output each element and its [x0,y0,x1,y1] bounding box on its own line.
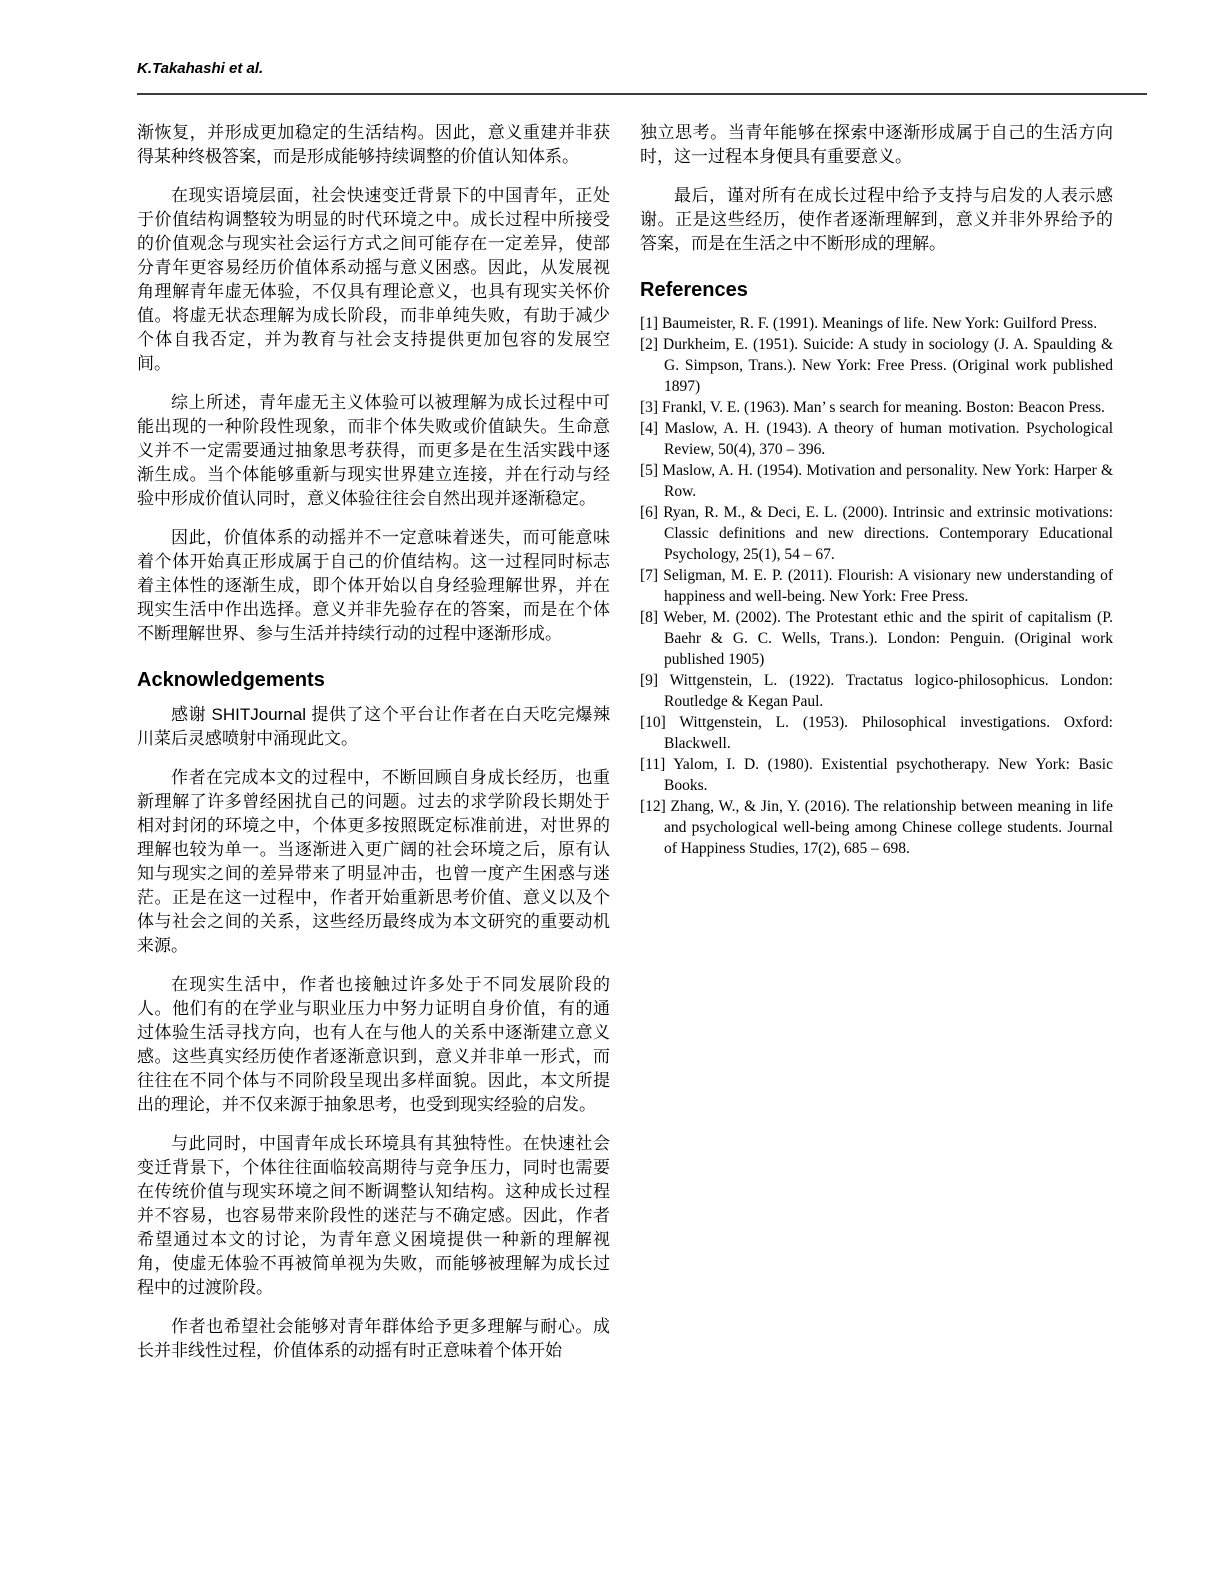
reference-text: Frankl, V. E. (1963). Man’ s search for … [662,399,1105,416]
reference-number: [4] [640,420,658,437]
reference-number: [1] [640,315,658,332]
reference-number: [6] [640,504,658,521]
document-page: K.Takahashi et al. 渐恢复，并形成更加稳定的生活结构。因此，意… [0,0,1224,1582]
section-title-acknowledgements: Acknowledgements [137,669,610,692]
reference-number: [8] [640,609,658,626]
reference-item: [8] Weber, M. (2002). The Protestant eth… [640,607,1113,670]
reference-text: Ryan, R. M., & Deci, E. L. (2000). Intri… [663,504,1113,563]
reference-text: Maslow, A. H. (1954). Motivation and per… [662,462,1113,500]
body-paragraph: 在现实语境层面，社会快速变迁背景下的中国青年，正处于价值结构调整较为明显的时代环… [137,184,610,376]
acknowledgements-paragraph: 与此同时，中国青年成长环境具有其独特性。在快速社会变迁背景下，个体往往面临较高期… [137,1132,610,1300]
reference-number: [7] [640,567,658,584]
reference-item: [1] Baumeister, R. F. (1991). Meanings o… [640,313,1113,334]
reference-number: [2] [640,336,658,353]
acknowledgements-paragraph: 作者在完成本文的过程中，不断回顾自身成长经历，也重新理解了许多曾经困扰自己的问题… [137,766,610,958]
reference-text: Zhang, W., & Jin, Y. (2016). The relatio… [664,798,1113,857]
reference-text: Wittgenstein, L. (1953). Philosophical i… [664,714,1113,752]
header-rule [137,93,1147,95]
column-right: 独立思考。当青年能够在探索中逐渐形成属于自己的生活方向时，这一过程本身便具有重要… [640,121,1113,859]
reference-text: Weber, M. (2002). The Protestant ethic a… [663,609,1113,668]
reference-text: Wittgenstein, L. (1922). Tractatus logic… [664,672,1113,710]
reference-item: [12] Zhang, W., & Jin, Y. (2016). The re… [640,796,1113,859]
reference-text: Seligman, M. E. P. (2011). Flourish: A v… [663,567,1113,605]
acknowledgements-paragraph: 在现实生活中，作者也接触过许多处于不同发展阶段的人。他们有的在学业与职业压力中努… [137,973,610,1117]
reference-number: [12] [640,798,666,815]
reference-item: [9] Wittgenstein, L. (1922). Tractatus l… [640,670,1113,712]
reference-number: [11] [640,756,665,773]
reference-item: [3] Frankl, V. E. (1963). Man’ s search … [640,397,1113,418]
body-paragraph: 因此，价值体系的动摇并不一定意味着迷失，而可能意味着个体开始真正形成属于自己的价… [137,526,610,646]
reference-item: [2] Durkheim, E. (1951). Suicide: A stud… [640,334,1113,397]
running-head: K.Takahashi et al. [137,60,1147,77]
column-left: 渐恢复，并形成更加稳定的生活结构。因此，意义重建并非获得某种终极答案，而是形成能… [137,121,610,1378]
body-paragraph: 最后，谨对所有在成长过程中给予支持与启发的人表示感谢。正是这些经历，使作者逐渐理… [640,184,1113,256]
reference-item: [6] Ryan, R. M., & Deci, E. L. (2000). I… [640,502,1113,565]
section-title-references: References [640,279,1113,302]
reference-text: Yalom, I. D. (1980). Existential psychot… [664,756,1113,794]
reference-item: [5] Maslow, A. H. (1954). Motivation and… [640,460,1113,502]
body-paragraph: 综上所述，青年虚无主义体验可以被理解为成长过程中可能出现的一种阶段性现象，而非个… [137,391,610,511]
reference-text: Baumeister, R. F. (1991). Meanings of li… [662,315,1097,332]
reference-number: [9] [640,672,658,689]
reference-item: [10] Wittgenstein, L. (1953). Philosophi… [640,712,1113,754]
acknowledgements-paragraph: 作者也希望社会能够对青年群体给予更多理解与耐心。成长并非线性过程，价值体系的动摇… [137,1315,610,1363]
reference-number: [5] [640,462,658,479]
reference-list: [1] Baumeister, R. F. (1991). Meanings o… [640,313,1113,859]
reference-item: [4] Maslow, A. H. (1943). A theory of hu… [640,418,1113,460]
reference-number: [3] [640,399,658,416]
acknowledgements-paragraph: 感谢 SHITJournal 提供了这个平台让作者在白天吃完爆辣川菜后灵感喷射中… [137,703,610,751]
reference-item: [11] Yalom, I. D. (1980). Existential ps… [640,754,1113,796]
reference-item: [7] Seligman, M. E. P. (2011). Flourish:… [640,565,1113,607]
reference-number: [10] [640,714,666,731]
two-column-body: 渐恢复，并形成更加稳定的生活结构。因此，意义重建并非获得某种终极答案，而是形成能… [137,121,1147,1378]
body-paragraph: 渐恢复，并形成更加稳定的生活结构。因此，意义重建并非获得某种终极答案，而是形成能… [137,121,610,169]
reference-text: Durkheim, E. (1951). Suicide: A study in… [663,336,1113,395]
body-paragraph: 独立思考。当青年能够在探索中逐渐形成属于自己的生活方向时，这一过程本身便具有重要… [640,121,1113,169]
reference-text: Maslow, A. H. (1943). A theory of human … [664,420,1113,458]
